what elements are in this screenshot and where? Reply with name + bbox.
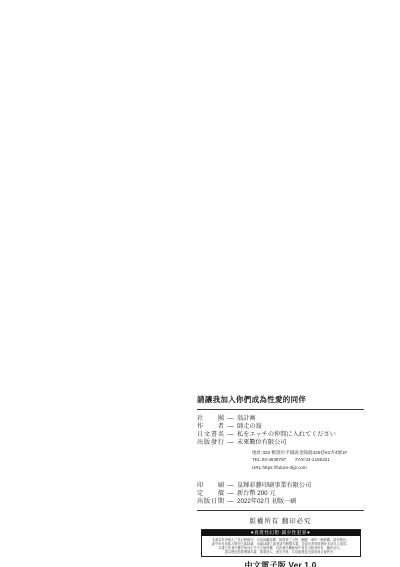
row-separator: — [224, 423, 237, 431]
row-separator: — [224, 415, 237, 423]
row-author-label: 作 者 [197, 423, 224, 431]
row-publish-date: 出版日期 — 2022年02月 初版一刷 [197, 498, 364, 506]
divider-top [197, 409, 364, 410]
row-price: 定 價 — 新台幣 200 元 [197, 490, 364, 498]
row-japanese-title: 日文書名 — 私をエッチの仲間に入れてください [197, 431, 364, 439]
row-separator: — [224, 482, 237, 490]
row-printer: 印 刷 — 皇輝彩藝印刷事業有限公司 [197, 482, 364, 490]
row-japanese-title-label: 日文書名 [197, 431, 224, 439]
row-separator: — [224, 431, 237, 439]
row-circle-value: 翁計画 [237, 415, 256, 423]
row-price-label: 定 價 [197, 490, 224, 498]
publisher-address: 地址:320 桃園市平鎮區金陵路425巷62弄4號1F [252, 449, 364, 456]
row-printer-value: 皇輝彩藝印刷事業有限公司 [237, 482, 311, 490]
row-author: 作 者 — 師走の翁 [197, 423, 364, 431]
row-circle: 社 團 — 翁計画 [197, 415, 364, 423]
book-title: 請讓我加入你們成為性愛的同伴 [197, 394, 364, 405]
publisher-contact-details: 地址:320 桃園市平鎮區金陵路425巷62弄4號1F TEL:03-46387… [252, 449, 364, 471]
row-publisher-value: 未來數位有限公司 [237, 439, 287, 447]
row-price-value: 新台幣 200 元 [237, 490, 276, 498]
row-circle-label: 社 團 [197, 415, 224, 423]
row-printer-label: 印 刷 [197, 482, 224, 490]
row-publisher: 出版發行 — 未來數位有限公司 [197, 439, 364, 447]
disclaimer-box: ♥真愛性幻想·減少性犯罪♥ 本書為作者個人之性幻想創作，內容純屬虛構，與現實之人… [201, 529, 361, 557]
disclaimer-line: 請以理性態度閱讀本書，尊重他人，遵守法律，共同維護善良風俗與社會秩序。 [205, 550, 357, 554]
divider-bottom [197, 510, 364, 511]
book-colophon-page: 請讓我加入你們成為性愛的同伴 社 團 — 翁計画 作 者 — 師走の翁 日文書名… [0, 0, 400, 567]
row-publish-date-label: 出版日期 [197, 498, 224, 506]
publisher-tel-fax: TEL:03-4638787 FAX:03-2166321 [252, 456, 364, 463]
row-separator: — [224, 439, 237, 447]
row-japanese-title-value: 私をエッチの仲間に入れてください [237, 431, 336, 439]
row-separator: — [224, 498, 237, 506]
row-separator: — [224, 490, 237, 498]
row-author-value: 師走の翁 [237, 423, 262, 431]
row-publisher-label: 出版發行 [197, 439, 224, 447]
row-publish-date-value: 2022年02月 初版一刷 [237, 498, 297, 506]
publication-info-rows: 社 團 — 翁計画 作 者 — 師走の翁 日文書名 — 私をエッチの仲間に入れて… [197, 415, 364, 447]
disclaimer-text: 本書為作者個人之性幻想創作，內容純屬虛構，與現實之人物、團體、事件一概無關，請勿… [202, 536, 360, 556]
copyright-notice: 版權所有 翻印必究 [197, 516, 364, 525]
publisher-url: URL:https://future-digi.com [252, 464, 364, 471]
edition-version-label: 中文電子版 Ver 1.0 [197, 560, 364, 567]
print-info-rows: 印 刷 — 皇輝彩藝印刷事業有限公司 定 價 — 新台幣 200 元 出版日期 … [197, 482, 364, 506]
colophon-block: 請讓我加入你們成為性愛的同伴 社 團 — 翁計画 作 者 — 師走の翁 日文書名… [197, 394, 364, 567]
